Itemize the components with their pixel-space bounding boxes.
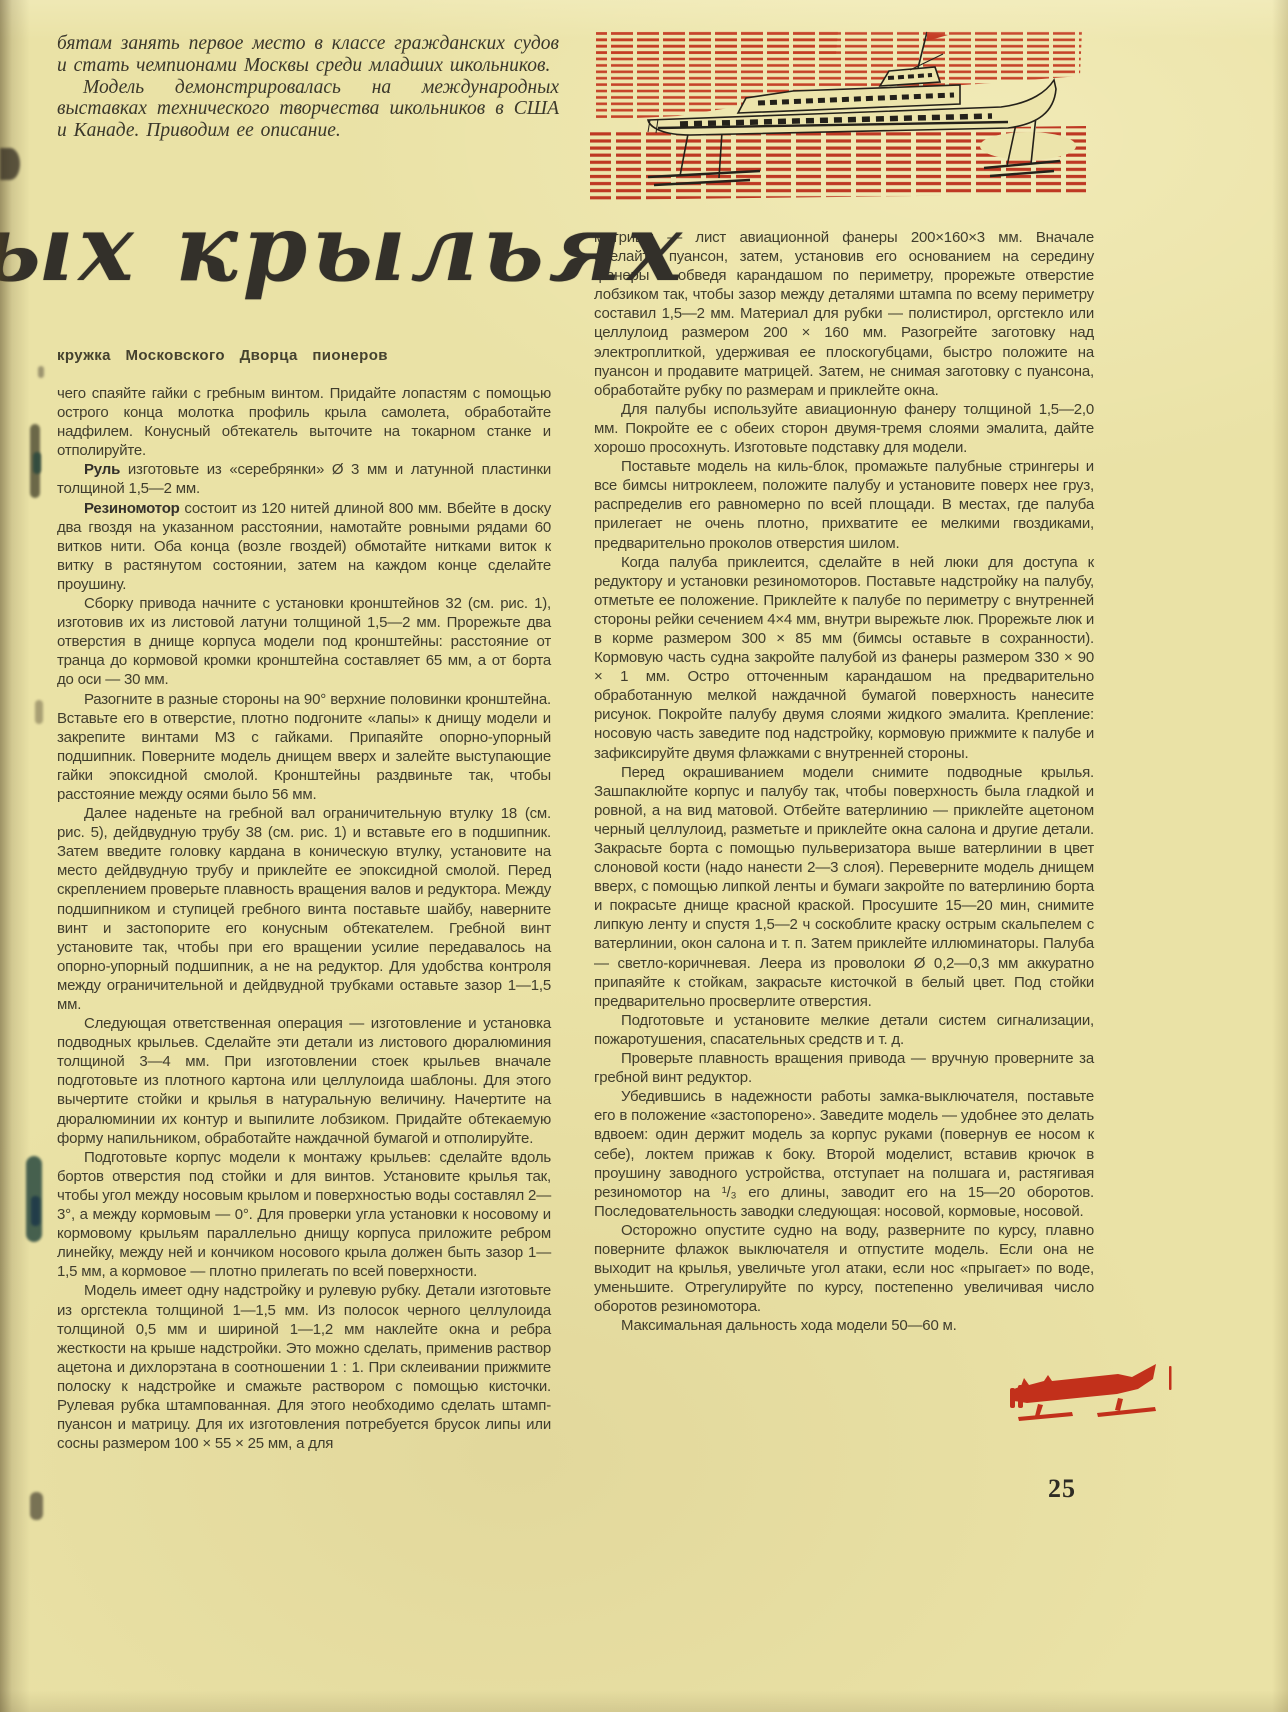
paragraph: Далее наденьте на гребной вал ограничите… <box>57 804 551 1014</box>
hydrofoil-engraving-illustration <box>588 24 1090 206</box>
right-column: матрицы — лист авиационной фанеры 200×16… <box>594 228 1094 1335</box>
paragraph: Убедившись в надежности работы замка-вык… <box>594 1087 1094 1221</box>
paper-blemish <box>35 700 43 724</box>
paragraph: Модель имеет одну надстройку и рулевую р… <box>57 1281 551 1453</box>
magazine-page: бятам занять первое место в классе гражд… <box>0 0 1288 1712</box>
paragraph-lead: Резиномотор <box>84 500 180 517</box>
paper-blemish <box>38 366 44 378</box>
paragraph: Для палубы используйте авиационную фанер… <box>594 400 1094 457</box>
intro-paragraph: Модель демонстрировалась на международны… <box>57 77 559 142</box>
paragraph: Подготовьте и установите мелкие детали с… <box>594 1011 1094 1049</box>
binding-mark <box>30 424 40 498</box>
paragraph: Сборку привода начните с установки кронш… <box>57 594 551 689</box>
page-number: 25 <box>1048 1474 1076 1504</box>
byline: кружка Московского Дворца пионеров <box>57 347 388 364</box>
paragraph: Проверьте плавность вращения привода — в… <box>594 1049 1094 1087</box>
binding-mark <box>26 1156 42 1242</box>
paragraph: Резиномотор состоит из 120 нитей длиной … <box>57 499 551 594</box>
paragraph: Осторожно опустите судно на воду, развер… <box>594 1221 1094 1316</box>
paragraph: Максимальная дальность хода модели 50—60… <box>594 1316 1094 1335</box>
red-hydrofoil-icon <box>1002 1362 1182 1422</box>
paragraph: Когда палуба приклеится, сделайте в ней … <box>594 553 1094 763</box>
intro-text: бятам занять первое место в классе гражд… <box>57 33 559 142</box>
intro-paragraph: бятам занять первое место в классе гражд… <box>57 33 559 77</box>
paper-blemish <box>30 1492 43 1520</box>
paragraph: Поставьте модель на киль-блок, промажьте… <box>594 457 1094 552</box>
paragraph: Следующая ответственная операция — изгот… <box>57 1014 551 1148</box>
paragraph: Перед окрашиванием модели снимите подвод… <box>594 763 1094 1011</box>
page-title: ых крыльях <box>0 194 640 302</box>
paper-blemish <box>0 148 20 180</box>
left-column: чего спаяйте гайки с гребным винтом. При… <box>57 384 551 1453</box>
binding-mark <box>31 1196 40 1226</box>
paragraph-lead: Руль <box>84 461 120 478</box>
paragraph: Руль изготовьте из «серебрянки» Ø 3 мм и… <box>57 460 551 498</box>
paragraph: Подготовьте корпус модели к монтажу крыл… <box>57 1148 551 1282</box>
paragraph: чего спаяйте гайки с гребным винтом. При… <box>57 384 551 460</box>
paragraph: Разогните в разные стороны на 90° верхни… <box>57 690 551 805</box>
binding-mark <box>33 452 41 474</box>
